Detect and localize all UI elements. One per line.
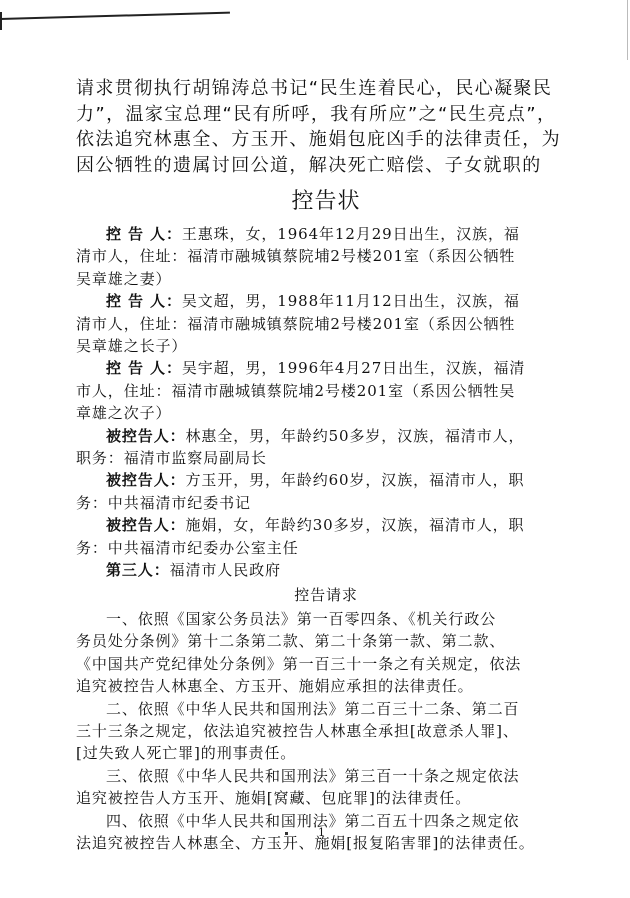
document-body: 控 告 人：王惠珠，女，1964年12月29日出生，汉族，福 清市人，住址：福清… — [76, 223, 576, 854]
document-intro: 请求贯彻执行胡锦涛总书记“民生连着民心，民心凝聚民 力”，温家宝总理“民有所呼，… — [76, 76, 576, 178]
document-page: 请求贯彻执行胡锦涛总书记“民生连着民心，民心凝聚民 力”，温家宝总理“民有所呼，… — [76, 76, 576, 854]
request-text: 法追究被控告人林惠全、方玉开、施娟[报复陷害罪]的法律责任。 — [76, 832, 576, 854]
party-role: 控 告 人： — [106, 292, 182, 310]
party-text: 市人，住址：福清市融城镇蔡院埔2号楼201室（系因公牺牲吴 — [76, 380, 576, 402]
party-role: 被控告人： — [106, 427, 186, 445]
party-text: 务：中共福清市纪委办公室主任 — [76, 537, 576, 559]
party-text: 清市人，住址：福清市融城镇蔡院埔2号楼201室（系因公牺牲 — [76, 313, 576, 335]
party-entry: 控 告 人：吴宇超，男，1996年4月27日出生，汉族，福清 市人，住址：福清市… — [76, 357, 576, 424]
request-item: 一、依照《国家公务员法》第一百零四条、《机关行政公 务员处分条例》第十二条第二款… — [76, 608, 576, 698]
request-text: 二、依照《中华人民共和国刑法》第二百三十二条、第二百 — [106, 700, 519, 718]
intro-line: 请求贯彻执行胡锦涛总书记“民生连着民心，民心凝聚民 — [76, 76, 576, 102]
party-entry: 第三人：福清市人民政府 — [76, 559, 576, 581]
scan-artifact-right-edge — [627, 0, 628, 60]
scan-speck — [285, 832, 288, 835]
request-text: 追究被控告人方玉开、施娟[窝藏、包庇罪]的法律责任。 — [76, 787, 576, 809]
request-text: [过失致人死亡罪]的刑事责任。 — [76, 742, 576, 764]
request-text: 务员处分条例》第十二条第二款、第二十条第一款、第二款、 — [76, 630, 576, 652]
party-entry: 被控告人：施娟，女，年龄约30多岁，汉族，福清市人，职 务：中共福清市纪委办公室… — [76, 514, 576, 559]
party-text: 章雄之次子） — [76, 402, 576, 424]
party-text: 林惠全，男，年龄约50多岁，汉族，福清市人， — [186, 427, 525, 445]
party-text: 务：中共福清市纪委书记 — [76, 492, 576, 514]
party-entry: 被控告人：林惠全，男，年龄约50多岁，汉族，福清市人， 职务：福清市监察局副局长 — [76, 425, 576, 470]
party-text: 施娟，女，年龄约30多岁，汉族，福清市人，职 — [186, 516, 525, 534]
party-text: 福清市人民政府 — [170, 561, 281, 579]
request-item: 四、依照《中华人民共和国刑法》第二百五十四条之规定依 法追究被控告人林惠全、方玉… — [76, 810, 576, 855]
party-entry: 控 告 人：吴文超，男，1988年11月12日出生，汉族，福 清市人，住址：福清… — [76, 290, 576, 357]
party-role: 控 告 人： — [106, 225, 182, 243]
party-entry: 被控告人：方玉开，男，年龄约60岁，汉族，福清市人，职 务：中共福清市纪委书记 — [76, 469, 576, 514]
requests-title: 控告请求 — [76, 584, 576, 606]
party-text: 职务：福清市监察局副局长 — [76, 447, 576, 469]
request-text: 一、依照《国家公务员法》第一百零四条、《机关行政公 — [106, 610, 496, 628]
page-number: 1 — [318, 826, 325, 839]
party-role: 被控告人： — [106, 516, 186, 534]
request-text: 《中国共产党纪律处分条例》第一百三十一条之有关规定，依法 — [76, 653, 576, 675]
party-text: 清市人，住址：福清市融城镇蔡院埔2号楼201室（系因公牺牲 — [76, 245, 576, 267]
party-text: 吴章雄之长子） — [76, 335, 576, 357]
party-role: 第三人： — [106, 561, 170, 579]
party-text: 吴文超，男，1988年11月12日出生，汉族，福 — [182, 292, 520, 310]
request-item: 二、依照《中华人民共和国刑法》第二百三十二条、第二百 三十三条之规定，依法追究被… — [76, 698, 576, 765]
intro-line: 力”，温家宝总理“民有所呼，我有所应”之“民生亮点”， — [76, 102, 576, 128]
party-text: 吴宇超，男，1996年4月27日出生，汉族，福清 — [182, 359, 525, 377]
intro-line: 因公牺牲的遗属讨回公道，解决死亡赔偿、子女就职的 — [76, 153, 576, 179]
request-item: 三、依照《中华人民共和国刑法》第三百一十条之规定依法 追究被控告人方玉开、施娟[… — [76, 765, 576, 810]
request-text: 三十三条之规定，依法追究被控告人林惠全承担[故意杀人罪]、 — [76, 720, 576, 742]
request-text: 三、依照《中华人民共和国刑法》第三百一十条之规定依法 — [106, 767, 519, 785]
party-text: 王惠珠，女，1964年12月29日出生，汉族，福 — [182, 225, 520, 243]
intro-line: 依法追究林惠全、方玉开、施娟包庇凶手的法律责任，为 — [76, 127, 576, 153]
party-entry: 控 告 人：王惠珠，女，1964年12月29日出生，汉族，福 清市人，住址：福清… — [76, 223, 576, 290]
party-role: 被控告人： — [106, 471, 186, 489]
request-text: 追究被控告人林惠全、方玉开、施娟应承担的法律责任。 — [76, 675, 576, 697]
party-text: 方玉开，男，年龄约60岁，汉族，福清市人，职 — [186, 471, 525, 489]
party-text: 吴章雄之妻） — [76, 268, 576, 290]
document-title: 控告状 — [76, 184, 576, 215]
scan-artifact-edge — [0, 12, 2, 30]
scan-artifact-line — [0, 12, 230, 20]
party-role: 控 告 人： — [106, 359, 182, 377]
request-text: 四、依照《中华人民共和国刑法》第二百五十四条之规定依 — [106, 812, 519, 830]
